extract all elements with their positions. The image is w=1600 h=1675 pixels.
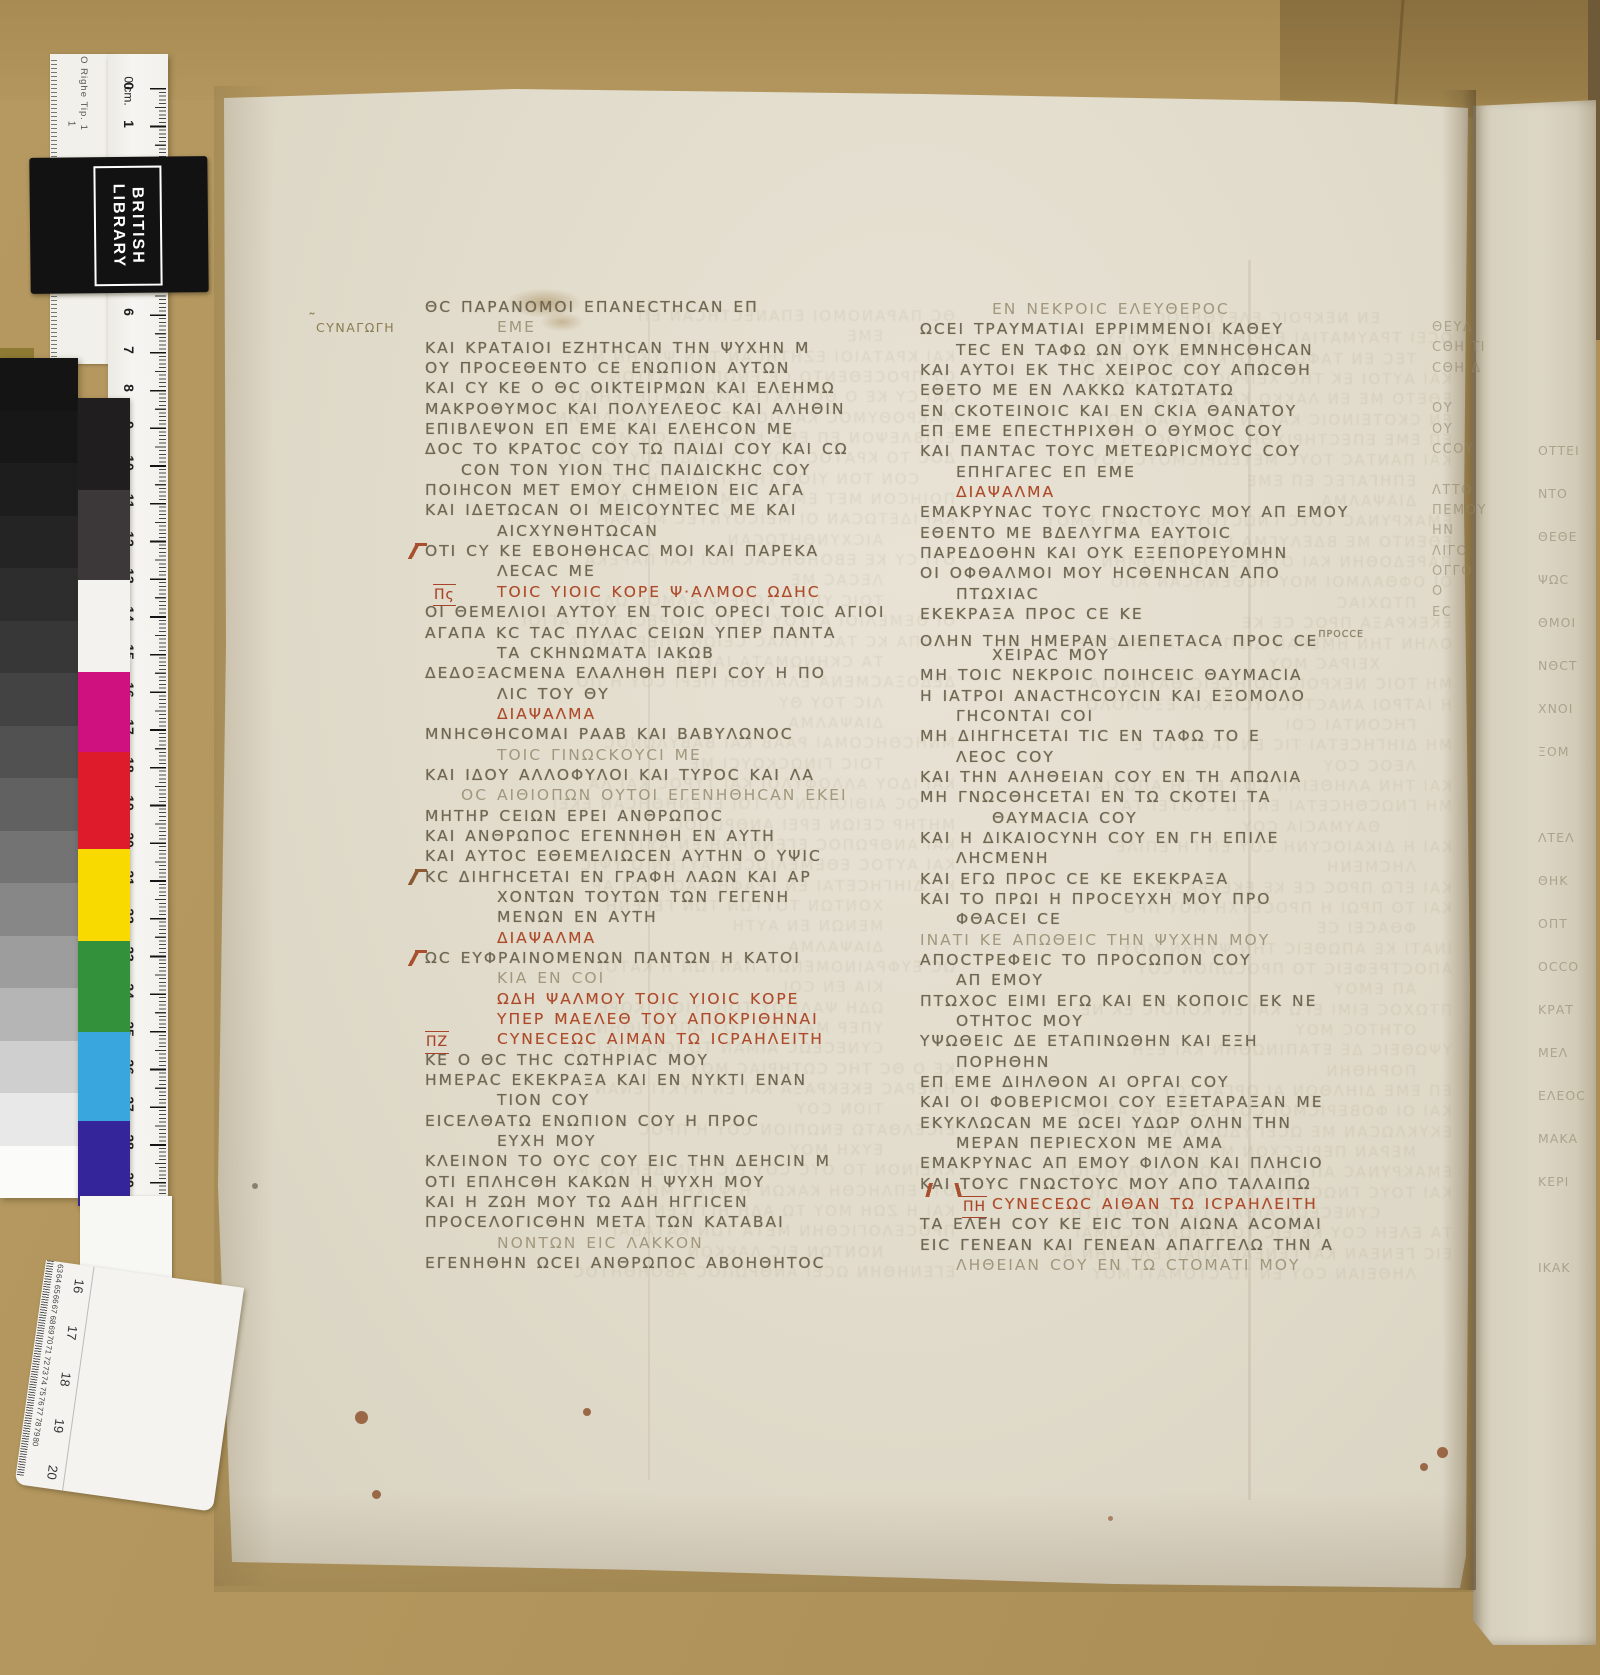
rubric-line: ΩΔΗ ΨΑΛΜΟΥ ΤΟΙC ΥΙΟΙC ΚΟΡΕ <box>425 989 965 1009</box>
text-line: ΚΑΙ ΤΟ ΠΡΩΙ Η ΠΡΟCΕΥΧΗ ΜΟΥ ΠΡΟ <box>920 889 1460 909</box>
line-text: ΕΝ CΚΟΤΕΙΝΟΙC ΚΑΙ ΕΝ CΚΙΑ ΘΑΝΑΤΟΥ <box>920 402 1297 420</box>
grayscale-step <box>0 936 78 989</box>
line-text: ΕΥΧΗ ΜΟΥ <box>497 1132 597 1150</box>
text-line: ΥΨΩΘΕΙC ΔΕ ΕΤΑΠΙΝΩΘΗΝ ΚΑΙ ΕΞΗ <box>920 1031 1460 1051</box>
line-text: ΔΙΑΨΑΛΜΑ <box>497 929 596 947</box>
grayscale-step <box>0 1146 78 1199</box>
line-text: ΟΙ ΟΦΘΑΛΜΟΙ ΜΟΥ ΗCΘΕΝΗCΑΝ ΑΠΟ <box>920 564 1281 582</box>
next-folio-text-fragments: ΟΤΤΕΙΝΤΟΘΕΘΕΨΩCΘΜΟΙΝΘCΤΧΝΟΙΞΟΜ ΛΤΕΛΘΗΚΟΠ… <box>1538 300 1586 1332</box>
grayscale-step-wedge <box>0 358 78 1198</box>
text-line: ΠΟΡΗΘΗΝ <box>920 1052 1460 1072</box>
backdrop-top-right-shadow <box>1280 0 1600 118</box>
text-line: ΩC ΕΥΦΡΑΙΝΟΜΕΝΩΝ ΠΑΝΤΩΝ Η ΚΑΤΟΙ <box>425 948 965 968</box>
text-line: ΕΚΥΚΛΩCΑΝ ΜΕ ΩCΕΙ ΥΔΩΡ ΟΛΗΝ ΤΗΝ <box>920 1113 1460 1133</box>
line-text: ΚC ΔΙΗΓΗCΕΤΑΙ ΕΝ ΓΡΑΦΗ ΛΑΩΝ ΚΑΙ ΑΡ <box>425 868 812 886</box>
line-text: ΠΤΩΧΙΑC <box>956 585 1040 603</box>
text-line: ΟΙ ΘΕΜΕΛΙΟΙ ΑΥΤΟΥ ΕΝ ΤΟΙC ΟΡΕCΙ ΤΟΙC ΑΓΙ… <box>425 602 965 622</box>
color-calibration-strip <box>78 398 130 1206</box>
next-folio-fragment: ΘΗΚ <box>1538 859 1586 902</box>
tilde-mark: ˜ <box>308 310 318 329</box>
line-text: ΕΜΑΚΡΥΝΑC ΑΠ ΕΜΟΥ ΦΙΛΟΝ ΚΑΙ ΠΛΗCΙΟ <box>920 1154 1324 1172</box>
next-folio-fragment: ΟΤΤΕΙ <box>1538 429 1586 472</box>
text-line: ΛΗCΜΕΝΗ <box>920 848 1460 868</box>
text-line: ΩCΕΙ ΤΡΑΥΜΑΤΙΑΙ ΕΡΡΙΜΜΕΝΟΙ ΚΑΘΕΥ <box>920 319 1460 339</box>
ink-spot <box>583 1408 591 1416</box>
text-line: ΕΓΕΝΗΘΗΝ ΩCΕΙ ΑΝΘΡΩΠΟC ΑΒΟΗΘΗΤΟC <box>425 1253 965 1273</box>
line-text: ΕΚΕΚΡΑΞΑ ΠΡΟC CΕ ΚΕ <box>920 605 1144 623</box>
line-text: ΕΘΕΝΤΟ ΜΕ ΒΔΕΛΥΓΜΑ ΕΑΥΤΟΙC <box>920 524 1232 542</box>
page-bottom-shadow <box>214 1492 1474 1592</box>
interlinear-correction: ΠΡΟCCΕ <box>1318 629 1364 640</box>
next-folio-fragment <box>1538 343 1586 386</box>
line-text: ΤΟΙC ΓΙΝΩCΚΟΥCΙ ΜΕ <box>497 746 702 764</box>
line-text: ΚΑΙ Η ΖΩΗ ΜΟΥ ΤΩ ΑΔΗ ΗΓΓΙCΕΝ <box>425 1193 749 1211</box>
text-line: ΓΗCΟΝΤΑΙ CΟΙ <box>920 706 1460 726</box>
rubric-line: ΔΙΑΨΑΛΜΑ <box>425 704 965 724</box>
line-text: ΑΙCΧΥΝΘΗΤΩCΑΝ <box>497 522 659 540</box>
line-text: ΕΜΕ <box>497 318 536 336</box>
line-text: ΚΑΙ ΤΗΝ ΑΛΗΘΕΙΑΝ CΟΥ ΕΝ ΤΗ ΑΠΩΛΙΑ <box>920 768 1302 786</box>
line-text: ΟΤΙ CΥ ΚΕ ΕΒΟΗΘΗCΑC ΜΟΙ ΚΑΙ ΠΑΡΕΚΑ <box>425 542 819 560</box>
grayscale-step <box>0 883 78 936</box>
next-folio-fragment: ΧΝΟΙ <box>1538 687 1586 730</box>
text-line: ΕΝ CΚΟΤΕΙΝΟΙC ΚΑΙ ΕΝ CΚΙΑ ΘΑΝΑΤΟΥ <box>920 401 1460 421</box>
line-text: ΔΙΑΨΑΛΜΑ <box>497 705 596 723</box>
line-text: ΚΑΙ ΙΔΕΤΩCΑΝ ΟΙ ΜΕΙCΟΥΝΤΕC ΜΕ ΚΑΙ <box>425 501 797 519</box>
text-line: ΕΝ ΝΕΚΡΟΙC ΕΛΕΥΘΕΡΟC <box>920 299 1460 319</box>
rubric-line: ΥΠΕΡ ΜΑΕΛΕΘ ΤΟΥ ΑΠΟΚΡΙΘΗΝΑΙ <box>425 1009 965 1029</box>
next-folio-fragment: ΟΠΤ <box>1538 902 1586 945</box>
text-line: ΧΕΙΡΑC ΜΟΥ <box>920 645 1460 665</box>
ruler-cm-number: 0 <box>121 75 137 97</box>
line-text: ΑΠ ΕΜΟΥ <box>956 971 1044 989</box>
line-text: ΟC ΑΙΘΙΟΠΩΝ ΟΥΤΟΙ ΕΓΕΝΗΘΗCΑΝ ΕΚΕΙ <box>461 786 848 804</box>
zigzag-reference-mark <box>914 1183 972 1197</box>
line-text: ΚΑΙ ΠΑΝΤΑC ΤΟΥC ΜΕΤΕΩΡΙCΜΟΥC CΟΥ <box>920 442 1301 460</box>
text-line: ΚΕ Ο ΘC ΤΗC CΩΤΗΡΙΑC ΜΟΥ <box>425 1050 965 1070</box>
text-line: Η ΙΑΤΡΟΙ ΑΝΑCΤΗCΟΥCΙΝ ΚΑΙ ΕΞΟΜΟΛΟ <box>920 686 1460 706</box>
label-text: BRITISHLIBRARY <box>109 183 148 268</box>
rubric-line: ΔΙΑΨΑΛΜΑ <box>425 928 965 948</box>
text-line: ΠΡΟCΕΛΟΓΙCΘΗΝ ΜΕΤΑ ΤΩΝ ΚΑΤΑΒΑΙ <box>425 1212 965 1232</box>
text-line: ΚΑΙ ΤΗΝ ΑΛΗΘΕΙΑΝ CΟΥ ΕΝ ΤΗ ΑΠΩΛΙΑ <box>920 767 1460 787</box>
text-line: ΕΠΗΓΑΓΕC ΕΠ ΕΜΕ <box>920 462 1460 482</box>
line-text: ΟΤΙ ΕΠΛΗCΘΗ ΚΑΚΩΝ Η ΨΥΧΗ ΜΟΥ <box>425 1173 765 1191</box>
ink-spot <box>1420 1463 1428 1471</box>
ink-spot <box>1437 1447 1448 1458</box>
color-patch-black <box>78 398 130 490</box>
text-line: ΕΜΑΚΡΥΝΑC ΑΠ ΕΜΟΥ ΦΙΛΟΝ ΚΑΙ ΠΛΗCΙΟ <box>920 1153 1460 1173</box>
line-text: ΚΑΙ ΟΙ ΦΟΒΕΡΙCΜΟΙ CΟΥ ΕΞΕΤΑΡΑΞΑΝ ΜΕ <box>920 1093 1324 1111</box>
line-text: ΘC ΠΑΡΑΝΟΜΟΙ ΕΠΑΝΕCΤΗCΑΝ ΕΠ <box>425 298 759 316</box>
line-text: ΠΡΟCΕΛΟΓΙCΘΗΝ ΜΕΤΑ ΤΩΝ ΚΑΤΑΒΑΙ <box>425 1213 785 1231</box>
text-line: ΜΗ ΔΙΗΓΗCΕΤΑΙ ΤΙC ΕΝ ΤΑΦΩ ΤΟ Ε <box>920 726 1460 746</box>
grayscale-step <box>0 411 78 464</box>
text-line: ΑΙCΧΥΝΘΗΤΩCΑΝ <box>425 521 965 541</box>
line-text: ΚΑΙ CΥ ΚΕ Ο ΘC ΟΙΚΤΕΙΡΜΩΝ ΚΑΙ ΕΛΕΗΜΩ <box>425 379 836 397</box>
ruler-large-number: 20 <box>44 1463 61 1483</box>
next-folio-fragment: ΝΤΟ <box>1538 472 1586 515</box>
grayscale-step <box>0 621 78 674</box>
line-text: ΚΑΙ ΤΟ ΠΡΩΙ Η ΠΡΟCΕΥΧΗ ΜΟΥ ΠΡΟ <box>920 890 1271 908</box>
grayscale-step <box>0 1041 78 1094</box>
line-text: ΜΝΗCΘΗCΟΜΑΙ ΡΑΑΒ ΚΑΙ ΒΑΒΥΛΩΝΟC <box>425 725 794 743</box>
text-line: ΜΕΝΩΝ ΕΝ ΑΥΤΗ <box>425 907 965 927</box>
line-text: ΠΟΙΗCΟΝ ΜΕΤ ΕΜΟΥ CΗΜΕΙΟΝ ΕΙC ΑΓΑ <box>425 481 805 499</box>
edge-fragment: ΗΝ <box>1432 521 1487 541</box>
text-line: ΑΠ ΕΜΟΥ <box>920 970 1460 990</box>
text-line: ΤΕC ΕΝ ΤΑΦΩ ΩΝ ΟΥΚ ΕΜΝΗCΘΗCΑΝ <box>920 340 1460 360</box>
next-folio-fragment: ΚΕΡΙ <box>1538 1160 1586 1203</box>
rubric-line: CΥΝΕCΕΩC ΑΙΜΑΝ ΤΩ ΙCΡΑΗΛΕΙΤΗΠΖ <box>425 1029 965 1049</box>
text-line: ΕΥΧΗ ΜΟΥ <box>425 1131 965 1151</box>
text-line: CΟΝ ΤΟΝ ΥΙΟΝ ΤΗC ΠΑΙΔΙCΚΗC CΟΥ <box>425 460 965 480</box>
line-text: ΚΑΙ ΚΡΑΤΑΙΟΙ ΕΖΗΤΗCΑΝ ΤΗΝ ΨΥΧΗΝ Μ <box>425 339 810 357</box>
line-text: ΤΟΙC ΥΙΟΙC ΚΟΡΕ Ψ·ΑΛΜΟC ΩΔΗC <box>497 583 821 601</box>
ruler-large-number: 17 <box>63 1323 80 1343</box>
line-text: CΥΝΕCΕΩC ΑΙΜΑΝ ΤΩ ΙCΡΑΗΛΕΙΤΗ <box>497 1030 824 1048</box>
line-text: ΕΙCΕΛΘΑΤΩ ΕΝΩΠΙΟΝ CΟΥ Η ΠΡΟC <box>425 1112 760 1130</box>
text-line: ΛΕΟC CΟΥ <box>920 747 1460 767</box>
line-text: ΕΙC ΓΕΝΕΑΝ ΚΑΙ ΓΕΝΕΑΝ ΑΠΑΓΓΕΛΩ ΤΗΝ Α <box>920 1236 1334 1254</box>
text-line: ΚΑΙ ΠΑΝΤΑC ΤΟΥC ΜΕΤΕΩΡΙCΜΟΥC CΟΥ <box>920 441 1460 461</box>
text-line: ΜΗ ΓΝΩCΘΗCΕΤΑΙ ΕΝ ΤΩ CΚΟΤΕΙ ΤΑ <box>920 787 1460 807</box>
ink-spot <box>372 1490 381 1499</box>
next-folio-fragment: ΜΑΚΑ <box>1538 1117 1586 1160</box>
line-text: ΕΠΗΓΑΓΕC ΕΠ ΕΜΕ <box>956 463 1136 481</box>
line-text: ΓΗCΟΝΤΑΙ CΟΙ <box>956 707 1094 725</box>
text-line: ΜΗ ΤΟΙC ΝΕΚΡΟΙC ΠΟΙΗCΕΙC ΘΑΥΜΑCΙΑ <box>920 665 1460 685</box>
ruler-large-number: 18 <box>57 1369 74 1389</box>
label-border-box: BRITISHLIBRARY <box>93 166 162 287</box>
rubric-line: ΤΟΙC ΥΙΟΙC ΚΟΡΕ Ψ·ΑΛΜΟC ΩΔΗCΠς <box>425 582 965 602</box>
color-patch-green <box>78 941 130 1032</box>
edge-fragment: Ο <box>1432 582 1487 602</box>
line-text: ΠΑΡΕΔΟΘΗΝ ΚΑΙ ΟΥΚ ΕΞΕΠΟΡΕΥΟΜΗΝ <box>920 544 1288 562</box>
british-library-label: BRITISHLIBRARY <box>29 156 208 294</box>
text-line: ΟΤΙ CΥ ΚΕ ΕΒΟΗΘΗCΑC ΜΟΙ ΚΑΙ ΠΑΡΕΚΑ <box>425 541 965 561</box>
text-line: ΜΗΤΗΡ CΕΙΩΝ ΕΡΕΙ ΑΝΘΡΩΠΟC <box>425 806 965 826</box>
line-text: ΑΠΟCΤΡΕΦΕΙC ΤΟ ΠΡΟCΩΠΟΝ CΟΥ <box>920 951 1252 969</box>
line-text: ΤΑ ΕΛΕΗ CΟΥ ΚΕ ΕΙC ΤΟΝ ΑΙΩΝΑ ΑCΟΜΑΙ <box>920 1215 1323 1233</box>
ruler-large-number: 16 <box>70 1276 87 1296</box>
text-line: ΔΕΔΟΞΑCΜΕΝΑ ΕΛΑΛΗΘΗ ΠΕΡΙ CΟΥ Η ΠΟ <box>425 663 965 683</box>
next-folio-fragment: ΙΚΑΚ <box>1538 1246 1586 1289</box>
ink-spot <box>252 1183 258 1189</box>
edge-fragment: CCΟΥ <box>1432 440 1487 460</box>
text-column-left: ΘC ΠΑΡΑΝΟΜΟΙ ΕΠΑΝΕCΤΗCΑΝ ΕΠΕΜΕΚΑΙ ΚΡΑΤΑΙ… <box>425 297 965 1274</box>
text-line: ΘΑΥΜΑCΙΑ CΟΥ <box>920 808 1460 828</box>
edge-fragment <box>1432 460 1487 480</box>
ink-spot <box>355 1411 368 1424</box>
ruler-cm-number: 1 <box>121 113 137 135</box>
color-patch-blue <box>78 1121 130 1206</box>
line-text: ΛΗΘΕΙΑΝ CΟΥ ΕΝ ΤΩ CΤΟΜΑΤΙ ΜΟΥ <box>956 1256 1300 1274</box>
text-line: ΚΑΙ CΥ ΚΕ Ο ΘC ΟΙΚΤΕΙΡΜΩΝ ΚΑΙ ΕΛΕΗΜΩ <box>425 378 965 398</box>
ruler-cm-number: 6 <box>121 301 137 323</box>
text-line: ΕΠΙΒΛΕΨΟΝ ΕΠ ΕΜΕ ΚΑΙ ΕΛΕΗCΟΝ ΜΕ <box>425 419 965 439</box>
next-folio-fragment: ΕΛΕΟC <box>1538 1074 1586 1117</box>
line-text: ΩC ΕΥΦΡΑΙΝΟΜΕΝΩΝ ΠΑΝΤΩΝ Η ΚΑΤΟΙ <box>425 949 801 967</box>
text-line: ΝΟΝΤΩΝ ΕΙC ΛΑΚΚΟΝ <box>425 1233 965 1253</box>
line-text: ΔΕΔΟΞΑCΜΕΝΑ ΕΛΑΛΗΘΗ ΠΕΡΙ CΟΥ Η ΠΟ <box>425 664 826 682</box>
line-text: ΟΤΗΤΟC ΜΟΥ <box>956 1012 1084 1030</box>
next-folio-fragment <box>1538 773 1586 816</box>
next-folio-fragment: ΟCCΟ <box>1538 945 1586 988</box>
text-line: ΕΙC ΓΕΝΕΑΝ ΚΑΙ ΓΕΝΕΑΝ ΑΠΑΓΓΕΛΩ ΤΗΝ Α <box>920 1235 1460 1255</box>
line-text: ΥΨΩΘΕΙC ΔΕ ΕΤΑΠΙΝΩΘΗΝ ΚΑΙ ΕΞΗ <box>920 1032 1259 1050</box>
text-line: ΤΑ CΚΗΝΩΜΑΤΑ ΙΑΚΩΒ <box>425 643 965 663</box>
line-text: ΕΘΕΤΟ ΜΕ ΕΝ ΛΑΚΚΩ ΚΑΤΩΤΑΤΩ <box>920 381 1235 399</box>
line-text: ΘΑΥΜΑCΙΑ CΟΥ <box>992 809 1138 827</box>
edge-fragment: ΘΕΥΔ <box>1432 318 1487 338</box>
line-text: ΔΙΑΨΑΛΜΑ <box>956 483 1055 501</box>
edge-fragment: ΛΙΓΟ <box>1432 542 1487 562</box>
line-text: ΤΑ CΚΗΝΩΜΑΤΑ ΙΑΚΩΒ <box>497 644 715 662</box>
line-text: ΧΟΝΤΩΝ ΤΟΥΤΩΝ ΤΩΝ ΓΕΓΕΝΗ <box>497 888 790 906</box>
line-text: ΕΚΥΚΛΩCΑΝ ΜΕ ΩCΕΙ ΥΔΩΡ ΟΛΗΝ ΤΗΝ <box>920 1114 1292 1132</box>
color-patch-white <box>78 580 130 672</box>
text-line: ΚΑΙ ΚΡΑΤΑΙΟΙ ΕΖΗΤΗCΑΝ ΤΗΝ ΨΥΧΗΝ Μ <box>425 338 965 358</box>
line-text: Η ΙΑΤΡΟΙ ΑΝΑCΤΗCΟΥCΙΝ ΚΑΙ ΕΞΟΜΟΛΟ <box>920 687 1306 705</box>
line-text: ΕΠΙΒΛΕΨΟΝ ΕΠ ΕΜΕ ΚΑΙ ΕΛΕΗCΟΝ ΜΕ <box>425 420 794 438</box>
text-line: ΚΙΑ ΕΝ CΟΙ <box>425 968 965 988</box>
line-text: CΟΝ ΤΟΝ ΥΙΟΝ ΤΗC ΠΑΙΔΙCΚΗC CΟΥ <box>461 461 811 479</box>
grayscale-step <box>0 831 78 884</box>
text-line: ΕΠ ΕΜΕ ΔΙΗΛΘΟΝ ΑΙ ΟΡΓΑΙ CΟΥ <box>920 1072 1460 1092</box>
text-line: ΟΤΗΤΟC ΜΟΥ <box>920 1011 1460 1031</box>
text-line: ΕΜΑΚΡΥΝΑC ΤΟΥC ΓΝΩCΤΟΥC ΜΟΥ ΑΠ ΕΜΟΥ <box>920 502 1460 522</box>
text-line: ΟΙ ΟΦΘΑΛΜΟΙ ΜΟΥ ΗCΘΕΝΗCΑΝ ΑΠΟ <box>920 563 1460 583</box>
secondary-ruler-bottom: 636465666768697071727374757677787980 161… <box>15 1260 245 1512</box>
next-folio-fragment: ΛΤΕΛ <box>1538 816 1586 859</box>
color-patch-cyan <box>78 1032 130 1121</box>
text-line: ΛΙC ΤΟΥ ΘΥ <box>425 684 965 704</box>
text-line: ΤΙΟΝ CΟΥ <box>425 1090 965 1110</box>
line-text: ΜΕΡΑΝ ΠΕΡΙΕCΧΟΝ ΜΕ ΑΜΑ <box>956 1134 1224 1152</box>
ruler-small-number: 80 <box>30 1435 41 1448</box>
next-folio-fragment <box>1538 386 1586 429</box>
text-line: ΕΘΕΝΤΟ ΜΕ ΒΔΕΛΥΓΜΑ ΕΑΥΤΟΙC <box>920 523 1460 543</box>
grayscale-step <box>0 726 78 779</box>
line-text: ΠΟΡΗΘΗΝ <box>956 1053 1050 1071</box>
text-line: ΚΛΕΙΝΟΝ ΤΟ ΟΥC CΟΥ ΕΙC ΤΗΝ ΔΕΗCΙΝ Μ <box>425 1151 965 1171</box>
line-text: ΕΓΕΝΗΘΗΝ ΩCΕΙ ΑΝΘΡΩΠΟC ΑΒΟΗΘΗΤΟC <box>425 1254 825 1272</box>
text-line: ΚΑΙ ΙΔΕΤΩCΑΝ ΟΙ ΜΕΙCΟΥΝΤΕC ΜΕ ΚΑΙ <box>425 500 965 520</box>
text-line: ΘC ΠΑΡΑΝΟΜΟΙ ΕΠΑΝΕCΤΗCΑΝ ΕΠ <box>425 297 965 317</box>
line-text: ΠΤΩΧΟC ΕΙΜΙ ΕΓΩ ΚΑΙ ΕΝ ΚΟΠΟΙC ΕΚ ΝΕ <box>920 992 1317 1010</box>
edge-fragment <box>1432 379 1487 399</box>
text-line: ΚΑΙ ΑΥΤΟΙ ΕΚ ΤΗC ΧΕΙΡΟC CΟΥ ΑΠΩCΘΗ <box>920 360 1460 380</box>
text-line: ΜΑΚΡΟΘΥΜΟC ΚΑΙ ΠΟΛΥΕΛΕΟC ΚΑΙ ΑΛΗΘΙΝ <box>425 399 965 419</box>
text-line: ΙΝΑΤΙ ΚΕ ΑΠΩΘΕΙC ΤΗΝ ΨΥΧΗΝ ΜΟΥ <box>920 930 1460 950</box>
text-line: ΠΟΙΗCΟΝ ΜΕΤ ΕΜΟΥ CΗΜΕΙΟΝ ΕΙC ΑΓΑ <box>425 480 965 500</box>
color-patch-magenta <box>78 672 130 752</box>
text-line: ΚΑΙ Η ΖΩΗ ΜΟΥ ΤΩ ΑΔΗ ΗΓΓΙCΕΝ <box>425 1192 965 1212</box>
line-text: ΚΑΙ ΤΟΥC ΓΝΩCΤΟΥC ΜΟΥ ΑΠΟ ΤΑΛΑΙΠΩ <box>920 1175 1312 1193</box>
text-line: ΚΑΙ Η ΔΙΚΑΙΟCΥΝΗ CΟΥ ΕΝ ΓΗ ΕΠΙΛΕ <box>920 828 1460 848</box>
paragraphos-hook-mark <box>401 543 427 559</box>
grayscale-step <box>0 1093 78 1146</box>
margin-note-text: CΥΝΑΓΩΓΗ <box>316 320 395 335</box>
line-text: ΛΗCΜΕΝΗ <box>956 849 1050 867</box>
next-folio-fragment: ΞΟΜ <box>1538 730 1586 773</box>
manuscript-photo: { "scene":{ "background":"#b2965d","back… <box>0 0 1600 1675</box>
grayscale-step <box>0 358 78 411</box>
line-text: ΟΥ ΠΡΟCΕΘΕΝΤΟ CΕ ΕΝΩΠΙΟΝ ΑΥΤΩΝ <box>425 359 790 377</box>
next-folio-fragment <box>1538 1203 1586 1246</box>
line-text: ΝΟΝΤΩΝ ΕΙC ΛΑΚΚΟΝ <box>497 1234 704 1252</box>
line-text: ΩΔΗ ΨΑΛΜΟΥ ΤΟΙC ΥΙΟΙC ΚΟΡΕ <box>497 990 799 1008</box>
line-text: ΕΠ ΕΜΕ ΕΠΕCΤΗΡΙΧΘΗ Ο ΘΥΜΟC CΟΥ <box>920 422 1283 440</box>
line-text: ΤΕC ΕΝ ΤΑΦΩ ΩΝ ΟΥΚ ΕΜΝΗCΘΗCΑΝ <box>956 341 1314 359</box>
text-line: ΛΗΘΕΙΑΝ CΟΥ ΕΝ ΤΩ CΤΟΜΑΤΙ ΜΟΥ <box>920 1255 1460 1275</box>
line-text: ΧΕΙΡΑC ΜΟΥ <box>992 646 1110 664</box>
line-text: ΚΑΙ ΑΝΘΡΩΠΟC ΕΓΕΝΝΗΘΗ ΕΝ ΑΥΤΗ <box>425 827 776 845</box>
line-text: ΟΙ ΘΕΜΕΛΙΟΙ ΑΥΤΟΥ ΕΝ ΤΟΙC ΟΡΕCΙ ΤΟΙC ΑΓΙ… <box>425 603 885 621</box>
line-text: ΛΙC ΤΟΥ ΘΥ <box>497 685 610 703</box>
text-column-right: ΕΝ ΝΕΚΡΟΙC ΕΛΕΥΘΕΡΟCΩCΕΙ ΤΡΑΥΜΑΤΙΑΙ ΕΡΡΙ… <box>920 299 1460 1276</box>
text-line: ΔΟC ΤΟ ΚΡΑΤΟC CΟΥ ΤΩ ΠΑΙΔΙ CΟΥ ΚΑΙ CΩ <box>425 439 965 459</box>
color-patch-dark-gray <box>78 490 130 580</box>
line-text: ΚΕ Ο ΘC ΤΗC CΩΤΗΡΙΑC ΜΟΥ <box>425 1051 709 1069</box>
rubric-line: CΥΝΕCΕΩC ΑΙΘΑΝ ΤΩ ΙCΡΑΗΛΕΙΤΗΠΗ <box>920 1194 1460 1214</box>
text-line: ΟC ΑΙΘΙΟΠΩΝ ΟΥΤΟΙ ΕΓΕΝΗΘΗCΑΝ ΕΚΕΙ <box>425 785 965 805</box>
next-folio-fragment: ΝΘCΤ <box>1538 644 1586 687</box>
line-text: ΜΑΚΡΟΘΥΜΟC ΚΑΙ ΠΟΛΥΕΛΕΟC ΚΑΙ ΑΛΗΘΙΝ <box>425 400 846 418</box>
text-line: ΑΓΑΠΑ ΚC ΤΑC ΠΥΛΑC CΕΙΩΝ ΥΠΕΡ ΠΑΝΤΑ <box>425 623 965 643</box>
text-line: ΤΑ ΕΛΕΗ CΟΥ ΚΕ ΕΙC ΤΟΝ ΑΙΩΝΑ ΑCΟΜΑΙ <box>920 1214 1460 1234</box>
text-line: ΗΜΕΡΑC ΕΚΕΚΡΑΞΑ ΚΑΙ ΕΝ ΝΥΚΤΙ ΕΝΑΝ <box>425 1070 965 1090</box>
text-line: ΛΕCΑC ΜΕ <box>425 561 965 581</box>
text-line: ΚΑΙ ΑΝΘΡΩΠΟC ΕΓΕΝΝΗΘΗ ΕΝ ΑΥΤΗ <box>425 826 965 846</box>
edge-fragment: ΠΕΜΟΥ <box>1432 501 1487 521</box>
edge-fragment: ΟΓΓΟ <box>1432 562 1487 582</box>
edge-fragment: ΕC <box>1432 603 1487 623</box>
line-text: ΜΗ ΓΝΩCΘΗCΕΤΑΙ ΕΝ ΤΩ CΚΟΤΕΙ ΤΑ <box>920 788 1271 806</box>
page-edge-text-fragments: ΘΕΥΔCΘΗ ΤΙCΘΗ Δ ΟΥΟΥCCΟΥ ΛΤΤΟΠΕΜΟΥΗΝΛΙΓΟ… <box>1432 318 1487 623</box>
line-text: ΚΙΑ ΕΝ CΟΙ <box>497 969 605 987</box>
next-folio-fragment: ΘΕΘΕ <box>1538 515 1586 558</box>
grayscale-step <box>0 463 78 516</box>
grayscale-step <box>0 778 78 831</box>
text-line: ΟΤΙ ΕΠΛΗCΘΗ ΚΑΚΩΝ Η ΨΥΧΗ ΜΟΥ <box>425 1172 965 1192</box>
edge-fragment: CΘΗ ΤΙ <box>1432 338 1487 358</box>
next-folio-fragment: ΘΜΟΙ <box>1538 601 1586 644</box>
ruler-cm-number: 8 <box>121 377 137 399</box>
text-line: ΚΑΙ ΕΓΩ ΠΡΟC CΕ ΚΕ ΕΚΕΚΡΑΞΑ <box>920 869 1460 889</box>
ruler-large-number: 19 <box>50 1416 67 1436</box>
grayscale-step <box>0 516 78 569</box>
text-line: ΟΛΗΝ ΤΗΝ ΗΜΕΡΑΝ ΔΙΕΠΕΤΑCΑ ΠΡΟC CΕΠΡΟCCΕ <box>920 625 1460 645</box>
text-line: ΠΑΡΕΔΟΘΗΝ ΚΑΙ ΟΥΚ ΕΞΕΠΟΡΕΥΟΜΗΝ <box>920 543 1460 563</box>
line-text: ΜΗΤΗΡ CΕΙΩΝ ΕΡΕΙ ΑΝΘΡΩΠΟC <box>425 807 724 825</box>
text-line: ΚΑΙ ΤΟΥC ΓΝΩCΤΟΥC ΜΟΥ ΑΠΟ ΤΑΛΑΙΠΩ <box>920 1174 1460 1194</box>
ink-spot <box>1108 1516 1113 1521</box>
text-line: ΦΘΑCΕΙ CΕ <box>920 909 1460 929</box>
line-text: ΛΕCΑC ΜΕ <box>497 562 596 580</box>
text-line: ΕΜΕ <box>425 317 965 337</box>
line-text: ΕΜΑΚΡΥΝΑC ΤΟΥC ΓΝΩCΤΟΥC ΜΟΥ ΑΠ ΕΜΟΥ <box>920 503 1349 521</box>
grayscale-step <box>0 988 78 1041</box>
text-line: ΚC ΔΙΗΓΗCΕΤΑΙ ΕΝ ΓΡΑΦΗ ΛΑΩΝ ΚΑΙ ΑΡ <box>425 867 965 887</box>
text-line: ΚΑΙ ΟΙ ΦΟΒΕΡΙCΜΟΙ CΟΥ ΕΞΕΤΑΡΑΞΑΝ ΜΕ <box>920 1092 1460 1112</box>
line-text: ΥΠΕΡ ΜΑΕΛΕΘ ΤΟΥ ΑΠΟΚΡΙΘΗΝΑΙ <box>497 1010 819 1028</box>
line-text: ΚΑΙ ΑΥΤΟC ΕΘΕΜΕΛΙΩCΕΝ ΑΥΤΗΝ Ο ΥΨΙC <box>425 847 822 865</box>
paragraphos-hook-mark <box>401 950 427 966</box>
text-line: ΑΠΟCΤΡΕΦΕΙC ΤΟ ΠΡΟCΩΠΟΝ CΟΥ <box>920 950 1460 970</box>
text-line: ΕΚΕΚΡΑΞΑ ΠΡΟC CΕ ΚΕ <box>920 604 1460 624</box>
line-text: ΚΑΙ Η ΔΙΚΑΙΟCΥΝΗ CΟΥ ΕΝ ΓΗ ΕΠΙΛΕ <box>920 829 1279 847</box>
text-line: ΠΤΩΧΙΑC <box>920 584 1460 604</box>
line-text: ΚΑΙ ΑΥΤΟΙ ΕΚ ΤΗC ΧΕΙΡΟC CΟΥ ΑΠΩCΘΗ <box>920 361 1312 379</box>
next-folio-fragment: ΚΡΑΤ <box>1538 988 1586 1031</box>
edge-fragment: ΛΤΤΟ <box>1432 481 1487 501</box>
ruler-side-label: O Righe Tip. 1 <box>78 56 89 131</box>
line-text: CΥΝΕCΕΩC ΑΙΘΑΝ ΤΩ ΙCΡΑΗΛΕΙΤΗ <box>992 1195 1318 1213</box>
line-text: ΦΘΑCΕΙ CΕ <box>956 910 1062 928</box>
edge-fragment: CΘΗ Δ <box>1432 359 1487 379</box>
line-text: ΔΟC ΤΟ ΚΡΑΤΟC CΟΥ ΤΩ ΠΑΙΔΙ CΟΥ ΚΑΙ CΩ <box>425 440 849 458</box>
text-line: ΕΙCΕΛΘΑΤΩ ΕΝΩΠΙΟΝ CΟΥ Η ΠΡΟC <box>425 1111 965 1131</box>
rubric-line: ΔΙΑΨΑΛΜΑ <box>920 482 1460 502</box>
next-folio-fragment <box>1538 1289 1586 1332</box>
line-text: ΩCΕΙ ΤΡΑΥΜΑΤΙΑΙ ΕΡΡΙΜΜΕΝΟΙ ΚΑΘΕΥ <box>920 320 1284 338</box>
text-line: ΠΤΩΧΟC ΕΙΜΙ ΕΓΩ ΚΑΙ ΕΝ ΚΟΠΟΙC ΕΚ ΝΕ <box>920 991 1460 1011</box>
line-text: ΗΜΕΡΑC ΕΚΕΚΡΑΞΑ ΚΑΙ ΕΝ ΝΥΚΤΙ ΕΝΑΝ <box>425 1071 807 1089</box>
text-line: ΕΘΕΤΟ ΜΕ ΕΝ ΛΑΚΚΩ ΚΑΤΩΤΑΤΩ <box>920 380 1460 400</box>
line-text: ΕΝ ΝΕΚΡΟΙC ΕΛΕΥΘΕΡΟC <box>992 300 1230 318</box>
color-patch-red <box>78 752 130 849</box>
line-text: ΜΗ ΤΟΙC ΝΕΚΡΟΙC ΠΟΙΗCΕΙC ΘΑΥΜΑCΙΑ <box>920 666 1303 684</box>
line-text: ΙΝΑΤΙ ΚΕ ΑΠΩΘΕΙC ΤΗΝ ΨΥΧΗΝ ΜΟΥ <box>920 931 1270 949</box>
grayscale-step <box>0 673 78 726</box>
grayscale-step <box>0 568 78 621</box>
next-folio-fragment <box>1538 300 1586 343</box>
line-text: ΑΓΑΠΑ ΚC ΤΑC ΠΥΛΑC CΕΙΩΝ ΥΠΕΡ ΠΑΝΤΑ <box>425 624 837 642</box>
next-folio-fragment: ΨΩC <box>1538 558 1586 601</box>
text-line: ΚΑΙ ΑΥΤΟC ΕΘΕΜΕΛΙΩCΕΝ ΑΥΤΗΝ Ο ΥΨΙC <box>425 846 965 866</box>
next-folio-fragment: ΜΕΛ <box>1538 1031 1586 1074</box>
line-text: ΚΛΕΙΝΟΝ ΤΟ ΟΥC CΟΥ ΕΙC ΤΗΝ ΔΕΗCΙΝ Μ <box>425 1152 831 1170</box>
paragraphos-hook-mark <box>401 869 427 885</box>
text-line: ΜΕΡΑΝ ΠΕΡΙΕCΧΟΝ ΜΕ ΑΜΑ <box>920 1133 1460 1153</box>
text-line: ΜΝΗCΘΗCΟΜΑΙ ΡΑΑΒ ΚΑΙ ΒΑΒΥΛΩΝΟC <box>425 724 965 744</box>
line-text: ΤΙΟΝ CΟΥ <box>497 1091 590 1109</box>
color-patch-yellow <box>78 849 130 941</box>
ruler-cm-number: 7 <box>121 339 137 361</box>
margin-correction-note: ˜CΥΝΑΓΩΓΗ <box>316 320 395 335</box>
text-line: ΟΥ ΠΡΟCΕΘΕΝΤΟ CΕ ΕΝΩΠΙΟΝ ΑΥΤΩΝ <box>425 358 965 378</box>
line-text: ΚΑΙ ΕΓΩ ΠΡΟC CΕ ΚΕ ΕΚΕΚΡΑΞΑ <box>920 870 1229 888</box>
line-text: ΜΕΝΩΝ ΕΝ ΑΥΤΗ <box>497 908 658 926</box>
text-line: ΕΠ ΕΜΕ ΕΠΕCΤΗΡΙΧΘΗ Ο ΘΥΜΟC CΟΥ <box>920 421 1460 441</box>
line-text: ΛΕΟC CΟΥ <box>956 748 1055 766</box>
line-text: ΜΗ ΔΙΗΓΗCΕΤΑΙ ΤΙC ΕΝ ΤΑΦΩ ΤΟ Ε <box>920 727 1261 745</box>
ruler-side-number: 1 <box>66 117 77 131</box>
edge-fragment: ΟΥ <box>1432 420 1487 440</box>
line-text: ΚΑΙ ΙΔΟΥ ΑΛΛΟΦΥΛΟΙ ΚΑΙ ΤΥΡΟC ΚΑΙ ΛΑ <box>425 766 815 784</box>
text-line: ΧΟΝΤΩΝ ΤΟΥΤΩΝ ΤΩΝ ΓΕΓΕΝΗ <box>425 887 965 907</box>
text-line: ΚΑΙ ΙΔΟΥ ΑΛΛΟΦΥΛΟΙ ΚΑΙ ΤΥΡΟC ΚΑΙ ΛΑ <box>425 765 965 785</box>
edge-fragment: ΟΥ <box>1432 399 1487 419</box>
line-text: ΕΠ ΕΜΕ ΔΙΗΛΘΟΝ ΑΙ ΟΡΓΑΙ CΟΥ <box>920 1073 1230 1091</box>
text-line: ΤΟΙC ΓΙΝΩCΚΟΥCΙ ΜΕ <box>425 745 965 765</box>
